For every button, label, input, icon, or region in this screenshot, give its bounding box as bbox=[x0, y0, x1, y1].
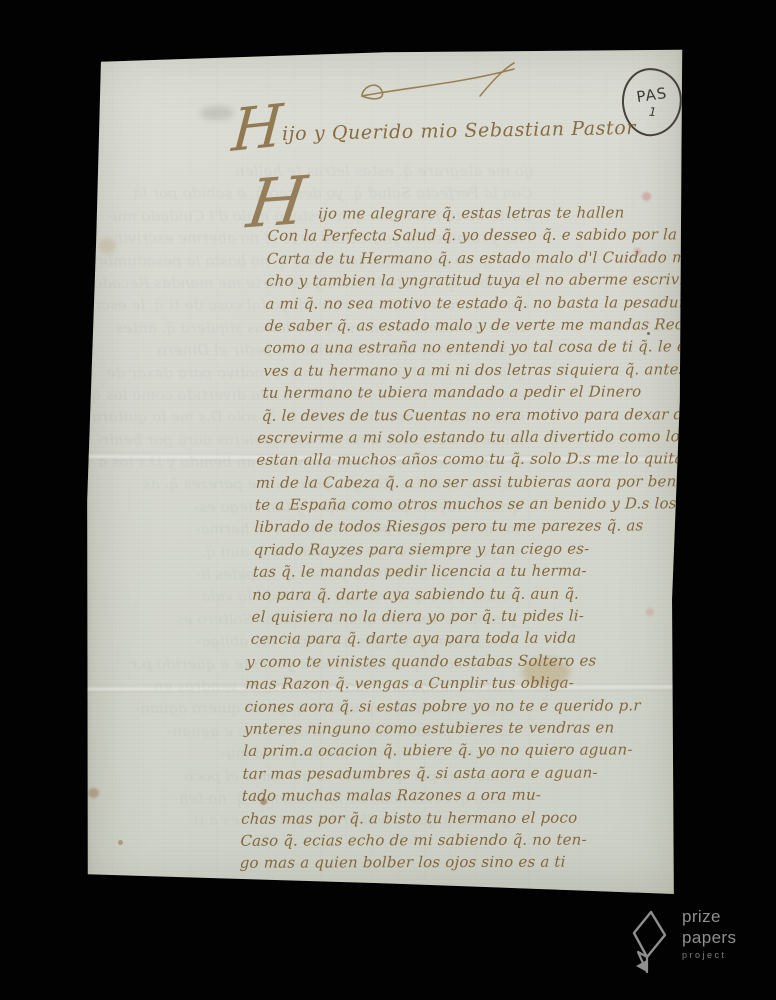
manuscript-line: mi de la Cabeza q̃. a no ser assi tubier… bbox=[255, 470, 682, 494]
manuscript-line: cencia para q̃. darte aya para toda la v… bbox=[250, 627, 677, 651]
manuscript-line: go mas a quien bolber los ojos sino es a… bbox=[239, 851, 670, 875]
manuscript-line: de saber q̃. as estado malo y de verte m… bbox=[264, 313, 687, 337]
manuscript-line: a mi q̃. no sea motivo te estado q̃. no … bbox=[265, 291, 688, 315]
archival-ref-number: 1 bbox=[649, 104, 657, 118]
manuscript-line: la prim.a ocacion q̃. ubiere q̃. yo no q… bbox=[243, 739, 674, 763]
manuscript-line: Carta de tu Hermano q̃. as estado malo d… bbox=[266, 246, 689, 270]
cross-flourish-mark bbox=[358, 60, 522, 112]
prize-papers-logo: prize papers project bbox=[630, 908, 736, 980]
manuscript-line: escrevirme a mi solo estando tu alla div… bbox=[257, 425, 684, 449]
manuscript-line: y como te vinistes quando estabas Solter… bbox=[246, 649, 677, 673]
manuscript-line: librado de todos Riesgos pero tu me pare… bbox=[254, 515, 681, 539]
manuscript-line: ynteres ninguno como estubieres te vendr… bbox=[244, 716, 675, 740]
manuscript-line: tado muchas malas Razones a ora mu- bbox=[242, 783, 673, 807]
stain-freckle-3 bbox=[118, 840, 123, 845]
stain-freckle-2 bbox=[88, 788, 99, 798]
photo-stage: PAS 1 H ijo y Querido mio Sebastian Past… bbox=[0, 0, 776, 1000]
letter-body: ijo me alegrare q̃. estas letras te hall… bbox=[239, 201, 690, 874]
folded-letter-icon bbox=[630, 910, 668, 980]
manuscript-line: ciones aora q̃. si estas pobre yo no te … bbox=[244, 694, 675, 718]
manuscript-line: cho y tambien la yngratitud tuya el no a… bbox=[266, 268, 689, 292]
manuscript-line: tar mas pesadumbres q̃. si asta aora e a… bbox=[242, 761, 673, 785]
logo-word-papers: papers bbox=[682, 929, 736, 946]
manuscript-line: Caso q̃. ecias echo de mi sabiendo q̃. n… bbox=[240, 828, 671, 852]
stain-smudge bbox=[200, 106, 234, 120]
manuscript-line: te a España como otros muchos se an beni… bbox=[255, 492, 682, 516]
manuscript-line: ves a tu hermano y a mi ni dos letras si… bbox=[263, 358, 686, 382]
manuscript-line: q̃. le deves de tus Cuentas no era motiv… bbox=[261, 403, 684, 427]
stain-pink-1 bbox=[642, 192, 651, 201]
manuscript-line: tu hermano te ubiera mandado a pedir el … bbox=[262, 380, 685, 404]
manuscript-line: no para q̃. darte aya sabiendo tu q̃. au… bbox=[252, 582, 679, 606]
logo-wordmark: prize papers project bbox=[682, 908, 736, 960]
manuscript-line: ijo me alegrare q̃. estas letras te hall… bbox=[318, 201, 691, 225]
manuscript-line: chas mas por q̃. a bisto tu hermano el p… bbox=[241, 806, 672, 830]
heading-drop-initial: H bbox=[230, 91, 285, 165]
manuscript-line: qriado Rayzes para siempre y tan ciego e… bbox=[253, 537, 680, 561]
manuscript-page: PAS 1 H ijo y Querido mio Sebastian Past… bbox=[86, 42, 684, 900]
manuscript-line: como a una estraña no entendi yo tal cos… bbox=[264, 336, 687, 360]
manuscript-line: mas Razon q̃. vengas a Cunplir tus oblig… bbox=[245, 671, 676, 695]
logo-word-prize: prize bbox=[682, 908, 736, 925]
manuscript-line: estan alla muchos años como tu q̃. solo … bbox=[256, 448, 683, 472]
manuscript-line: tas q̃. le mandas pedir licencia a tu he… bbox=[253, 559, 680, 583]
manuscript-line: el quisiera no la diera yo por q̃. tu pi… bbox=[251, 604, 678, 628]
manuscript-line: Con la Perfecta Salud q̃. yo desseo q̃. … bbox=[267, 224, 690, 248]
archival-ref-text: PAS bbox=[635, 83, 668, 105]
logo-word-project: project bbox=[682, 951, 736, 960]
stain-foxing bbox=[98, 238, 116, 254]
